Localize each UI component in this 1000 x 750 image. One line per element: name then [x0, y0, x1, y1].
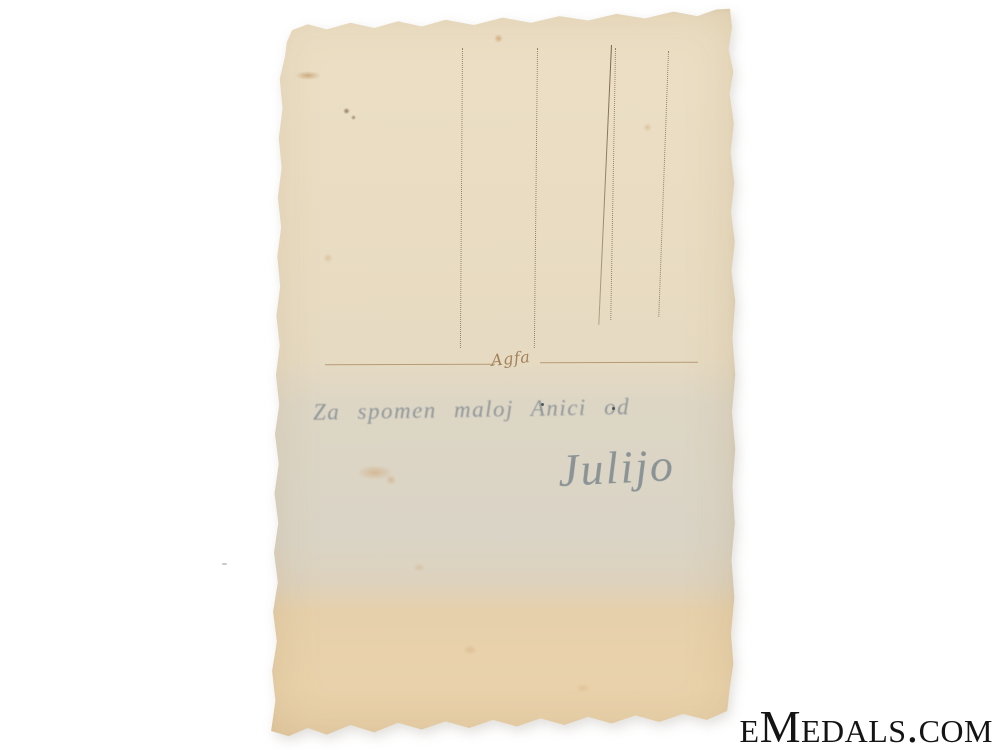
- postcard-back: Agfa Za spomen maloj Anici od Julijo: [265, 5, 740, 745]
- divider-line-right: [540, 362, 698, 364]
- stain-spot: [357, 465, 393, 480]
- stain-spot: [351, 115, 356, 120]
- edge-speck: [462, 9, 466, 13]
- agfa-brand-mark: Agfa: [490, 347, 531, 370]
- ink-speck: [541, 403, 544, 406]
- postcard-dotted-line-4: [658, 51, 669, 317]
- postcard-wrapper: Agfa Za spomen maloj Anici od Julijo: [0, 0, 1000, 750]
- stain-spot: [494, 34, 503, 43]
- ink-speck: [612, 407, 615, 410]
- stain-spot: [323, 253, 333, 263]
- stain-spot: [463, 645, 477, 655]
- postcard-dotted-line-2: [534, 48, 538, 348]
- postcard-dotted-line-1: [460, 48, 463, 348]
- product-photo: Agfa Za spomen maloj Anici od Julijo eMe…: [0, 0, 1000, 750]
- handwritten-inscription: Za spomen maloj Anici od: [313, 394, 630, 426]
- stain-spot: [343, 108, 350, 114]
- paper-edge-vignette: [265, 5, 740, 745]
- dust-speck: [222, 563, 227, 565]
- stain-spot: [385, 475, 397, 485]
- stain-spot: [413, 563, 425, 572]
- emedals-watermark: eMedals.com: [740, 704, 993, 750]
- stain-spot: [643, 123, 652, 132]
- postcard-dotted-line-3: [610, 48, 616, 320]
- stain-spot: [575, 683, 591, 693]
- divider-line-left: [325, 364, 495, 366]
- stain-spot: [295, 71, 321, 80]
- handwritten-signature: Julijo: [557, 438, 676, 497]
